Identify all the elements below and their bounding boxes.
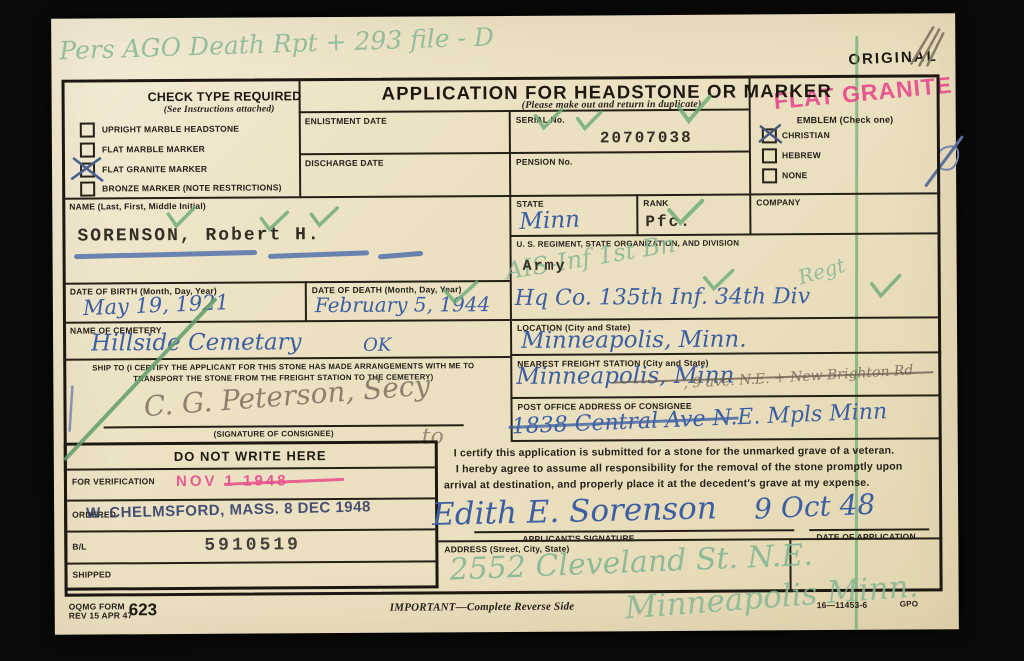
green-check-icon <box>674 93 714 125</box>
bl-label: B/L <box>72 542 86 552</box>
regiment-blue-value: Hq Co. 135th Inf. 34th Div <box>515 284 810 311</box>
pencil-squiggle-mark <box>903 21 953 71</box>
enlistment-date-label: ENLISTMENT DATE <box>305 116 387 127</box>
shipped-label: SHIPPED <box>72 569 111 579</box>
x-mark-icon <box>70 154 104 182</box>
gpo-label: GPO <box>900 599 918 608</box>
state-value: Minn <box>519 206 581 234</box>
cemetery-ok-note: OK <box>363 335 391 356</box>
checkbox-bronze-label: BRONZE MARKER (NOTE RESTRICTIONS) <box>102 182 281 193</box>
for-verification-label: FOR VERIFICATION <box>72 476 155 487</box>
green-diagonal-stroke <box>63 296 224 463</box>
blue-underline-marks <box>75 248 425 264</box>
bl-value: 5910519 <box>204 535 301 556</box>
important-note: IMPORTANT—Complete Reverse Side <box>390 601 575 614</box>
green-check-icon <box>441 278 481 306</box>
checkbox-christian-label: CHRISTIAN <box>782 130 830 140</box>
discharge-date-label: DISCHARGE DATE <box>305 158 384 168</box>
application-date-value: 9 Oct 48 <box>753 488 875 526</box>
signature-of-consignee-label: (SIGNATURE OF CONSIGNEE) <box>214 429 334 439</box>
checkbox-upright-marble-label: UPRIGHT MARBLE HEADSTONE <box>102 124 239 135</box>
applicant-signature-label: APPLICANT'S SIGNATURE <box>522 533 634 544</box>
green-check-icon <box>257 209 291 233</box>
blue-tick-mark <box>65 385 79 435</box>
checkbox-hebrew-label: HEBREW <box>782 150 821 160</box>
form-number: 623 <box>129 600 157 620</box>
form-scan-paper: Pers AGO Death Rpt + 293 file - D ORIGIN… <box>51 13 959 635</box>
check-type-subtitle: (See Instructions attached) <box>164 104 275 115</box>
checkbox-upright-marble <box>80 123 95 138</box>
green-check-icon <box>307 205 341 229</box>
serial-no-value: 20707038 <box>600 129 693 148</box>
applicant-signature: Edith E. Sorenson <box>432 490 717 533</box>
green-check-icon <box>575 109 605 131</box>
location-value: Minneapolis, Minn. <box>521 327 747 354</box>
check-type-box: CHECK TYPE REQUIRED (See Instructions at… <box>51 13 955 19</box>
green-check-icon <box>868 272 904 300</box>
emblem-label: EMBLEM (Check one) <box>797 115 894 126</box>
regiment-typed-value: Army <box>523 258 567 275</box>
print-code: 16—11453-6 <box>817 600 868 610</box>
checkbox-flat-marble-label: FLAT MARBLE MARKER <box>102 144 205 155</box>
checkbox-none <box>762 168 777 183</box>
checkbox-none-label: NONE <box>782 170 807 180</box>
checkbox-bronze <box>80 182 95 197</box>
x-mark-icon <box>757 121 783 145</box>
company-label: COMPANY <box>756 197 800 207</box>
form-number-line2: REV 15 APR 47 <box>69 610 133 620</box>
checkbox-hebrew <box>762 148 777 163</box>
green-check-icon <box>664 197 706 227</box>
green-check-icon <box>532 106 566 132</box>
date-of-application-label: DATE OF APPLICATION <box>816 531 916 542</box>
checkbox-flat-granite-label: FLAT GRANITE MARKER <box>102 164 207 175</box>
green-check-icon <box>701 267 737 293</box>
green-check-icon <box>164 204 198 230</box>
pension-no-label: PENSION No. <box>516 157 573 167</box>
top-handwritten-note: Pers AGO Death Rpt + 293 file - D <box>59 22 494 65</box>
check-type-title: CHECK TYPE REQUIRED <box>148 89 302 104</box>
